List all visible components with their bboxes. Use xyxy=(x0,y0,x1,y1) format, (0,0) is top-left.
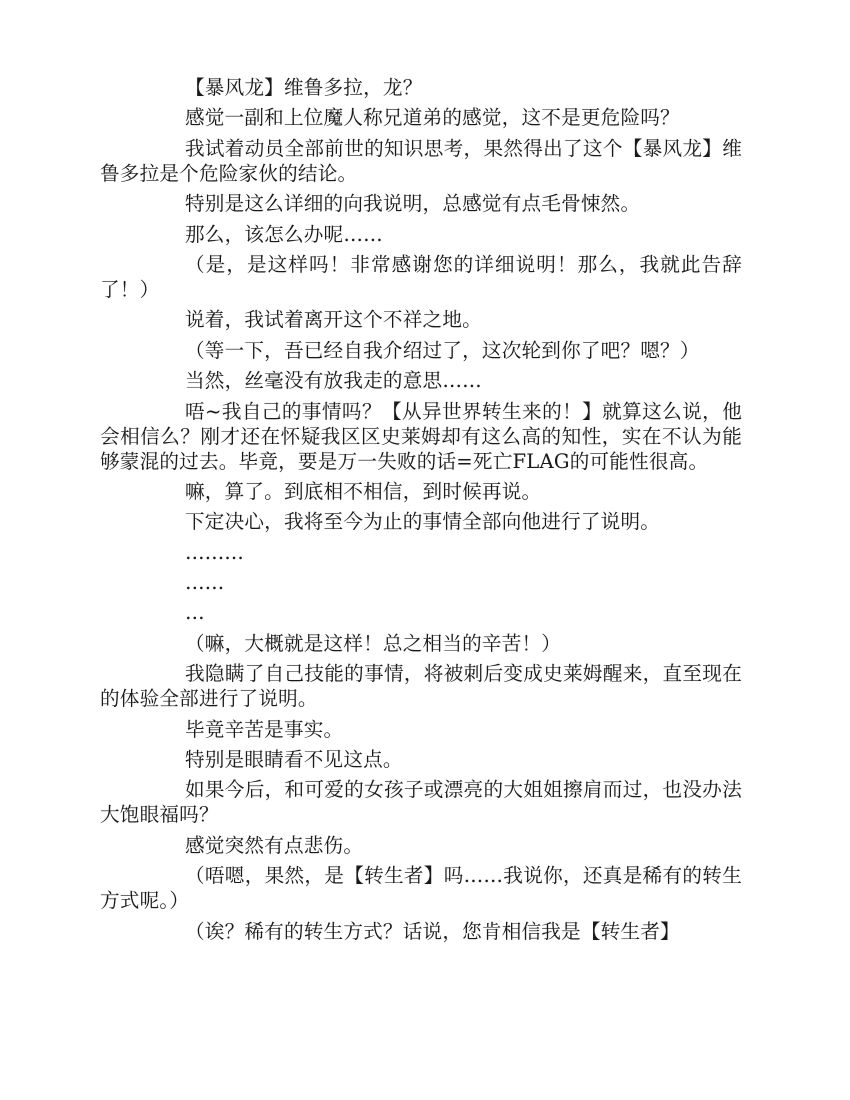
paragraph: 感觉突然有点悲伤。 xyxy=(100,833,742,858)
paragraph: 那么，该怎么办呢…… xyxy=(100,222,742,247)
paragraph: 【暴风龙】维鲁多拉，龙？ xyxy=(100,75,742,100)
ellipsis-line: ……… xyxy=(100,540,742,565)
ellipsis-line: … xyxy=(100,600,742,625)
paragraph: 下定决心，我将至今为止的事情全部向他进行了说明。 xyxy=(100,509,742,534)
paragraph: 我试着动员全部前世的知识思考，果然得出了这个【暴风龙】维鲁多拉是个危险家伙的结论… xyxy=(100,136,742,186)
paragraph: （嘛，大概就是这样！总之相当的辛苦！） xyxy=(100,631,742,656)
paragraph: （等一下，吾已经自我介绍过了，这次轮到你了吧？嗯？） xyxy=(100,338,742,363)
paragraph: 当然，丝毫没有放我走的意思…… xyxy=(100,368,742,393)
paragraph: 嘛，算了。到底相不相信，到时候再说。 xyxy=(100,479,742,504)
paragraph: 感觉一副和上位魔人称兄道弟的感觉，这不是更危险吗？ xyxy=(100,105,742,130)
paragraph: （唔嗯，果然，是【转生者】吗……我说你，还真是稀有的转生方式呢。） xyxy=(100,863,742,913)
paragraph: 特别是眼睛看不见这点。 xyxy=(100,747,742,772)
paragraph: 说着，我试着离开这个不祥之地。 xyxy=(100,307,742,332)
document-page: 【暴风龙】维鲁多拉，龙？ 感觉一副和上位魔人称兄道弟的感觉，这不是更危险吗？ 我… xyxy=(100,75,742,949)
paragraph: （诶？稀有的转生方式？话说，您肯相信我是【转生者】 xyxy=(100,919,742,944)
paragraph: 我隐瞒了自己技能的事情，将被刺后变成史莱姆醒来，直至现在的体验全部进行了说明。 xyxy=(100,661,742,711)
paragraph: 特别是这么详细的向我说明，总感觉有点毛骨悚然。 xyxy=(100,191,742,216)
paragraph: （是，是这样吗！非常感谢您的详细说明！那么，我就此告辞了！） xyxy=(100,252,742,302)
paragraph: 唔~我自己的事情吗？【从异世界转生来的！】就算这么说，他会相信么？刚才还在怀疑我… xyxy=(100,399,742,474)
ellipsis-line: …… xyxy=(100,570,742,595)
paragraph: 如果今后，和可爱的女孩子或漂亮的大姐姐擦肩而过，也没办法大饱眼福吗？ xyxy=(100,777,742,827)
paragraph: 毕竟辛苦是事实。 xyxy=(100,717,742,742)
